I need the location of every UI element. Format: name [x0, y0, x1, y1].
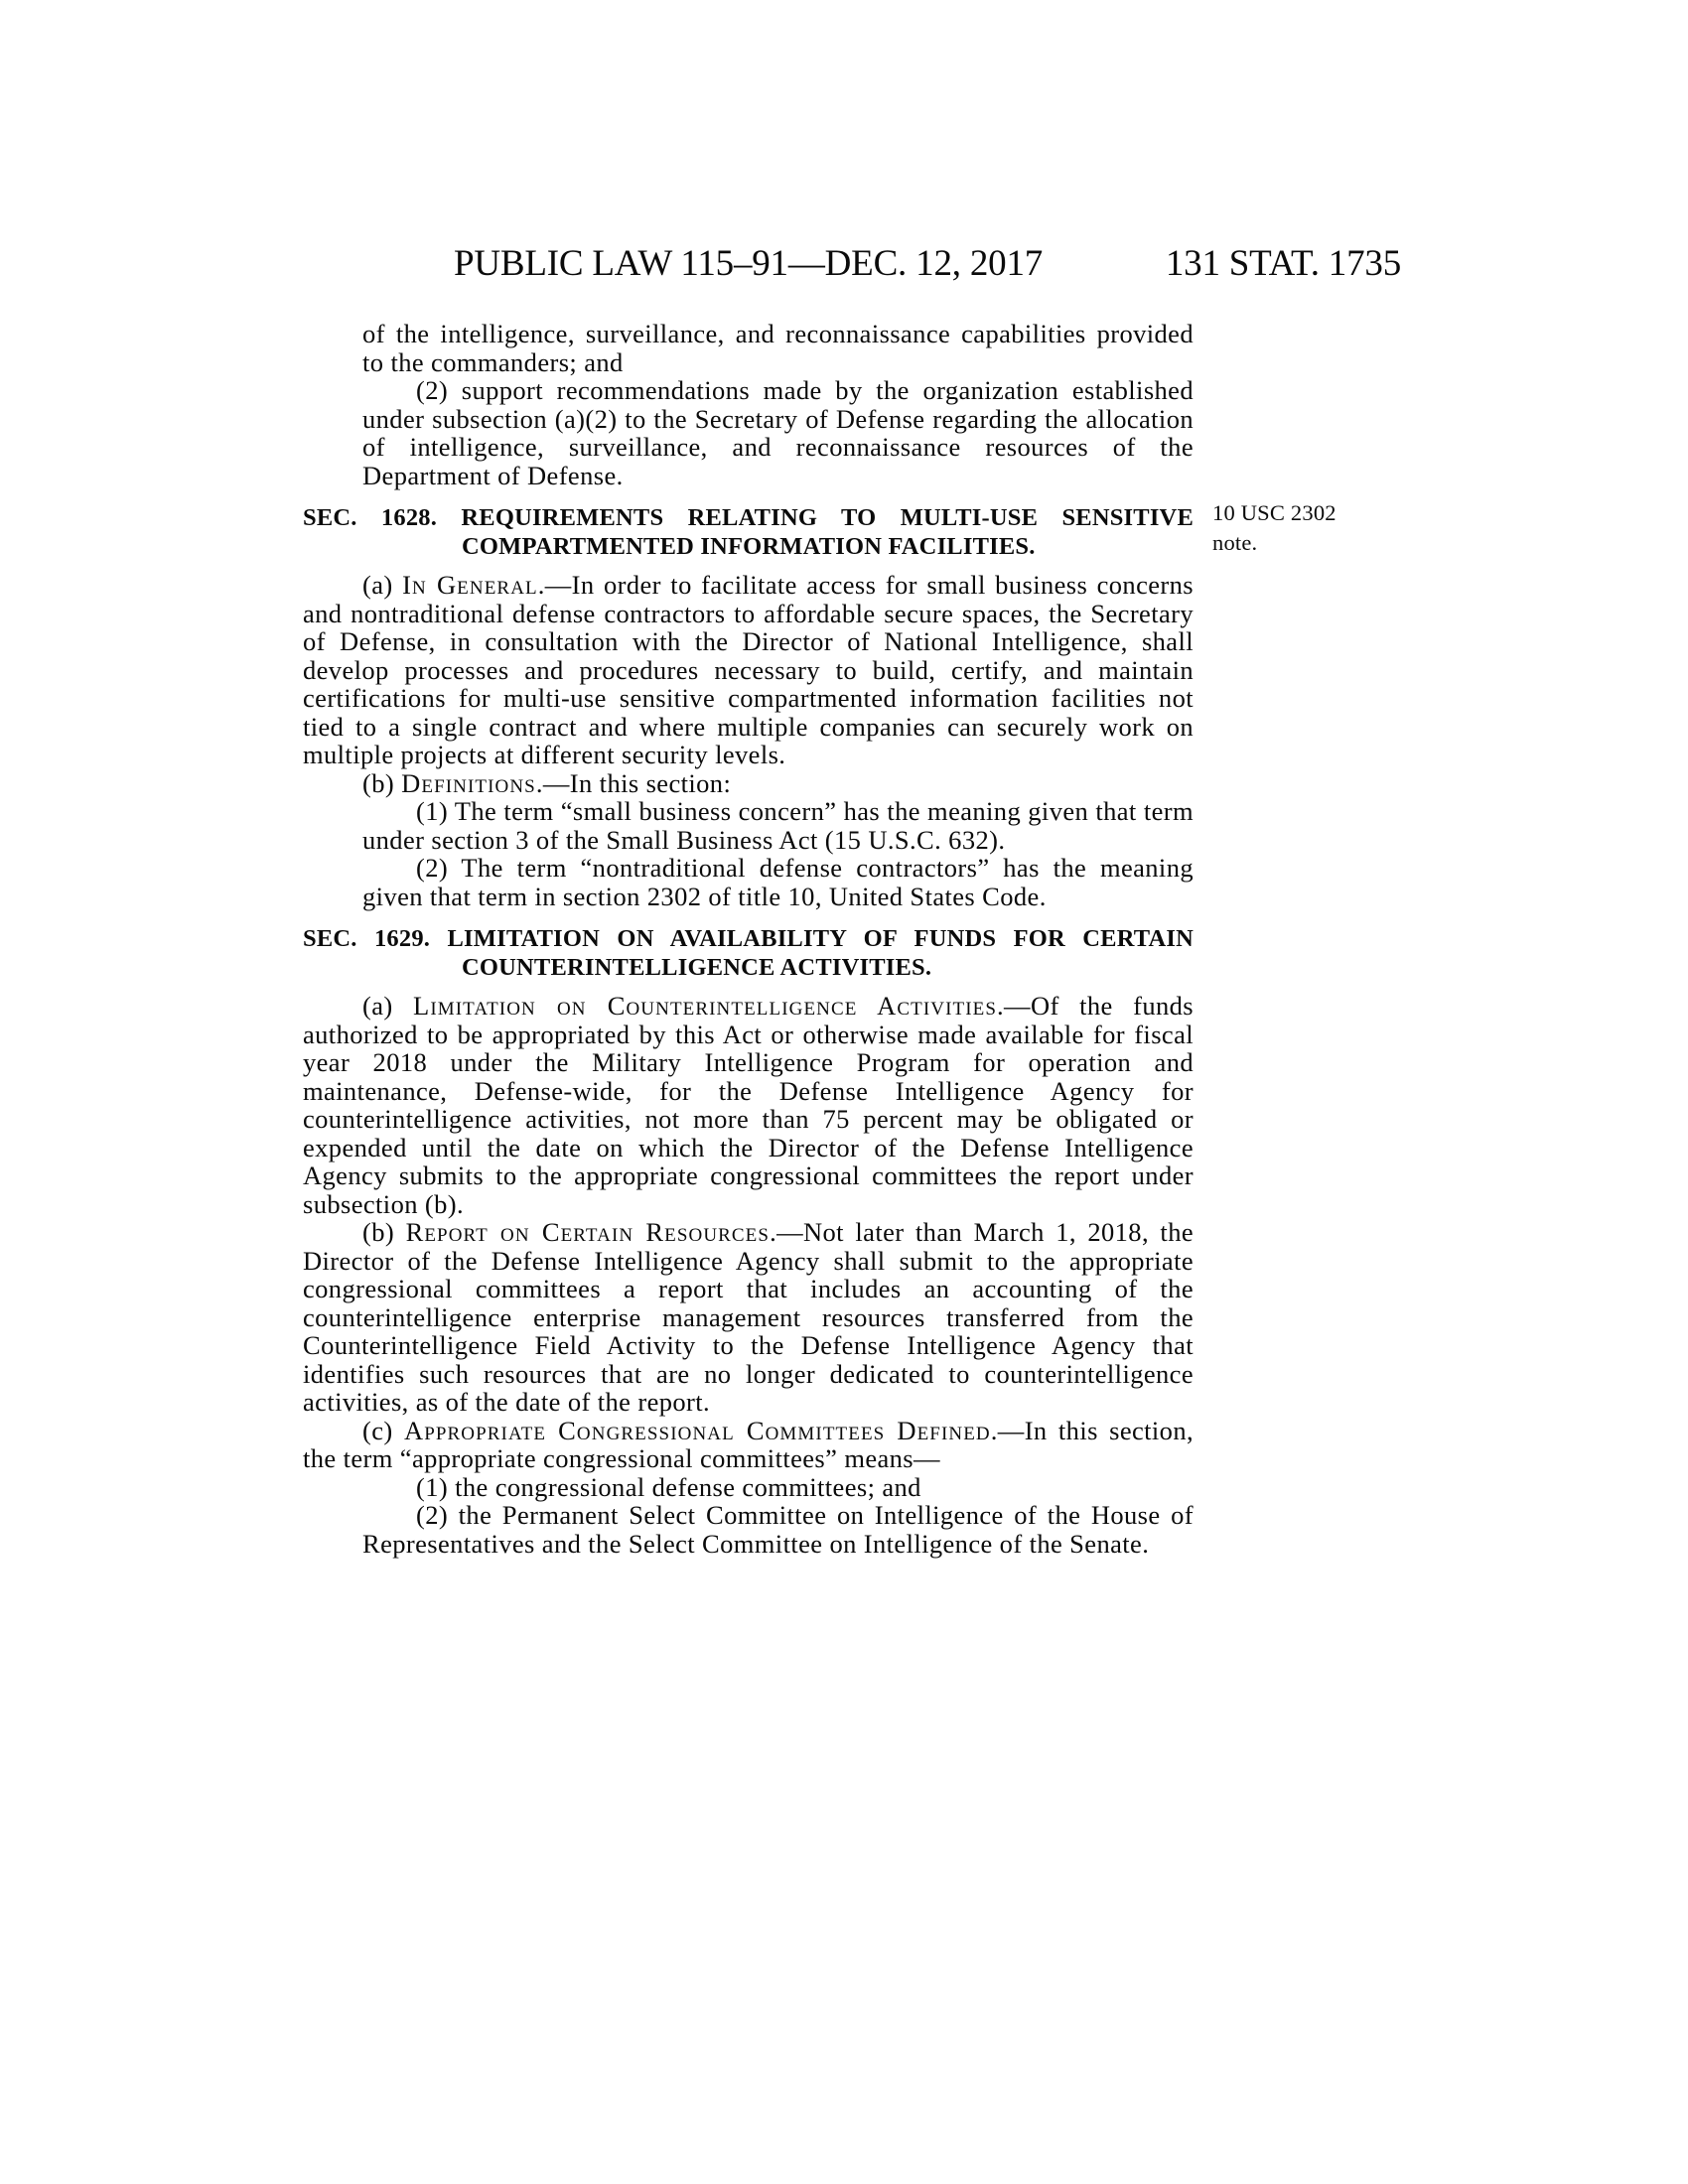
text-run: (a): [362, 570, 402, 600]
sec-1629-heading-line2: COUNTERINTELLIGENCE ACTIVITIES.: [462, 954, 1194, 983]
sec-1628-heading: SEC. 1628. REQUIREMENTS RELATING TO MULT…: [303, 504, 1194, 561]
margin-note: 10 USC 2302 note.: [1212, 498, 1421, 557]
text-run: (b): [362, 1217, 406, 1247]
para-item1-continuation: of the intelligence, surveillance, and r…: [362, 320, 1194, 376]
text-run: .—In this section:: [536, 768, 731, 798]
sec-1628-subsection-a: (a) In General.—In order to facilitate a…: [303, 571, 1194, 769]
margin-note-citation: 10 USC 2302: [1212, 498, 1421, 528]
smallcaps-run: Report on Certain Resources: [406, 1217, 771, 1247]
smallcaps-run: Definitions: [401, 768, 536, 798]
running-head: PUBLIC LAW 115–91—DEC. 12, 2017 131 STAT…: [303, 244, 1401, 290]
stat-page-number: 131 STAT. 1735: [1166, 244, 1401, 284]
sec-1629-c-paragraph-2: (2) the Permanent Select Committee on In…: [362, 1501, 1194, 1558]
text-run: (c): [362, 1416, 404, 1445]
text-run: (2) The term “nontraditional defense con…: [362, 853, 1194, 911]
sec-1628-heading-line1: SEC. 1628. REQUIREMENTS RELATING TO MULT…: [303, 504, 1194, 533]
smallcaps-run: Appropriate Congressional Committees Def…: [404, 1416, 991, 1445]
sec-1628-subsection-b: (b) Definitions.—In this section:: [303, 769, 1194, 798]
text-run: (1) the congressional defense committees…: [416, 1472, 921, 1502]
sec-1628-b-paragraph-1: (1) The term “small business concern” ha…: [362, 797, 1194, 854]
sec-1629-heading-line1: SEC. 1629. LIMITATION ON AVAILABILITY OF…: [303, 925, 1194, 954]
sec-1629-subsection-c: (c) Appropriate Congressional Committees…: [303, 1417, 1194, 1473]
sec-1629-subsection-b: (b) Report on Certain Resources.—Not lat…: [303, 1218, 1194, 1417]
smallcaps-run: Limitation on Counterintelligence Activi…: [413, 991, 997, 1021]
sec-1628-b-paragraph-2: (2) The term “nontraditional defense con…: [362, 854, 1194, 910]
text-run: (b): [362, 768, 401, 798]
sec-1629-heading: SEC. 1629. LIMITATION ON AVAILABILITY OF…: [303, 925, 1194, 982]
statute-text-column: of the intelligence, surveillance, and r…: [303, 320, 1194, 1558]
smallcaps-run: In General: [402, 570, 538, 600]
text-run: (2) the Permanent Select Committee on In…: [362, 1500, 1194, 1559]
text-run: of the intelligence, surveillance, and r…: [362, 319, 1194, 377]
text-run: (1) The term “small business concern” ha…: [362, 796, 1194, 855]
text-run: (a): [362, 991, 413, 1021]
sec-1629-c-paragraph-1: (1) the congressional defense committees…: [362, 1473, 1194, 1502]
para-item-2: (2) support recommendations made by the …: [362, 376, 1194, 489]
sec-1628-heading-line2: COMPARTMENTED INFORMATION FACILITIES.: [462, 533, 1194, 562]
sec-1629-subsection-a: (a) Limitation on Counterintelligence Ac…: [303, 992, 1194, 1218]
law-number-heading: PUBLIC LAW 115–91—DEC. 12, 2017: [303, 244, 1194, 284]
text-run: .—Not later than March 1, 2018, the Dire…: [303, 1217, 1194, 1417]
text-run: (2) support recommendations made by the …: [362, 375, 1194, 490]
statute-page: PUBLIC LAW 115–91—DEC. 12, 2017 131 STAT…: [0, 0, 1688, 2184]
margin-note-note-word: note.: [1212, 528, 1421, 558]
text-run: .—In order to facilitate access for smal…: [303, 570, 1194, 769]
text-run: .—Of the funds authorized to be appropri…: [303, 991, 1194, 1219]
